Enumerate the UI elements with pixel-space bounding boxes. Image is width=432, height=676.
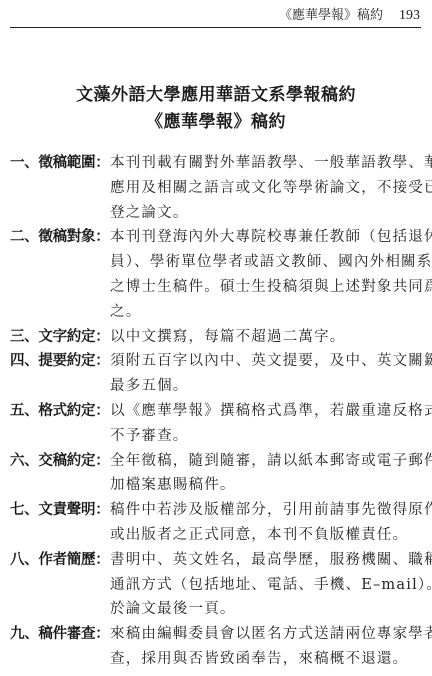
clause-line: 全年徵稿，隨到隨審，請以紙本郵寄或電子郵件附 <box>110 449 432 474</box>
clause-scope: 一、徵稿範圍： 本刊刊載有關對外華語教學、一般華語教學、華語 應用及相關之語言或… <box>10 151 422 225</box>
clause-line: 以中文撰寫，每篇不超過二萬字。 <box>110 325 422 350</box>
running-title: 《應華學報》稿約 <box>279 8 383 23</box>
clause-line: 加檔案惠賜稿件。 <box>110 473 432 498</box>
running-header: 《應華學報》稿約193 <box>10 6 420 26</box>
clause-label: 五、格式約定： <box>10 399 110 424</box>
clause-line: 不予審查。 <box>110 424 432 449</box>
header-divider <box>10 27 421 28</box>
document-title: 文藻外語大學應用華語文系學報稿約 《應華學報》稿約 <box>0 82 432 136</box>
clause-line: 查，採用與否皆致函奉告，來稿概不退還。 <box>110 647 432 672</box>
clause-label: 四、提要約定： <box>10 349 110 374</box>
clause-line: 登之論文。 <box>110 201 432 226</box>
clause-submission: 六、交稿約定： 全年徵稿，隨到隨審，請以紙本郵寄或電子郵件附 加檔案惠賜稿件。 <box>10 449 422 499</box>
clause-line: 須附五百字以內中、英文提要，及中、英文關鍵詞 <box>110 349 432 374</box>
clause-copyright: 七、文責聲明： 稿件中若涉及版權部分，引用前請事先徵得原作者 或出版者之正式同意… <box>10 498 422 548</box>
clause-line: 通訊方式（包括地址、電話、手機、E–mail）。置 <box>110 573 432 598</box>
clause-body: 以中文撰寫，每篇不超過二萬字。 <box>110 325 422 350</box>
clause-body: 稿件中若涉及版權部分，引用前請事先徵得原作者 或出版者之正式同意，本刊不負版權責… <box>110 498 432 548</box>
clause-line: 應用及相關之語言或文化等學術論文，不接受已刊 <box>110 176 432 201</box>
clause-body: 須附五百字以內中、英文提要，及中、英文關鍵詞 最多五個。 <box>110 349 432 399</box>
title-line-1: 文藻外語大學應用華語文系學報稿約 <box>0 82 432 109</box>
clause-label: 八、作者簡歷： <box>10 548 110 573</box>
clause-label: 二、徵稿對象： <box>10 225 110 250</box>
clause-format: 五、格式約定： 以《應華學報》撰稿格式爲準，若嚴重違反格式則 不予審查。 <box>10 399 422 449</box>
clause-body: 全年徵稿，隨到隨審，請以紙本郵寄或電子郵件附 加檔案惠賜稿件。 <box>110 449 432 499</box>
clause-line: 或出版者之正式同意，本刊不負版權責任。 <box>110 523 432 548</box>
clause-line: 來稿由編輯委員會以匿名方式送請兩位專家學者審 <box>110 622 432 647</box>
clause-list: 一、徵稿範圍： 本刊刊載有關對外華語教學、一般華語教學、華語 應用及相關之語言或… <box>10 151 422 672</box>
clause-line: 以《應華學報》撰稿格式爲準，若嚴重違反格式則 <box>110 399 432 424</box>
clause-line: 最多五個。 <box>110 374 432 399</box>
clause-line: 之。 <box>110 300 432 325</box>
clause-line: 稿件中若涉及版權部分，引用前請事先徵得原作者 <box>110 498 432 523</box>
clause-line: 本刊刊登海內外大專院校專兼任教師（包括退休人 <box>110 225 432 250</box>
clause-review: 九、稿件審查： 來稿由編輯委員會以匿名方式送請兩位專家學者審 查，採用與否皆致函… <box>10 622 422 672</box>
clause-line: 書明中、英文姓名，最高學歷，服務機關、職稱， <box>110 548 432 573</box>
clause-label: 七、文責聲明： <box>10 498 110 523</box>
clause-body: 以《應華學報》撰稿格式爲準，若嚴重違反格式則 不予審查。 <box>110 399 432 449</box>
page-number: 193 <box>399 8 420 23</box>
clause-line: 於論文最後一頁。 <box>110 597 432 622</box>
clause-body: 本刊刊載有關對外華語教學、一般華語教學、華語 應用及相關之語言或文化等學術論文，… <box>110 151 432 225</box>
clause-body: 來稿由編輯委員會以匿名方式送請兩位專家學者審 查，採用與否皆致函奉告，來稿概不退… <box>110 622 432 672</box>
clause-abstract: 四、提要約定： 須附五百字以內中、英文提要，及中、英文關鍵詞 最多五個。 <box>10 349 422 399</box>
title-line-2: 《應華學報》稿約 <box>0 109 432 136</box>
clause-eligibility: 二、徵稿對象： 本刊刊登海內外大專院校專兼任教師（包括退休人 員）、學術單位學者… <box>10 225 422 324</box>
clause-line: 之博士生稿件。碩士生投稿須與上述對象共同爲 <box>110 275 432 300</box>
clause-label: 九、稿件審查： <box>10 622 110 647</box>
clause-language: 三、文字約定： 以中文撰寫，每篇不超過二萬字。 <box>10 325 422 350</box>
clause-line: 本刊刊載有關對外華語教學、一般華語教學、華語 <box>110 151 432 176</box>
clause-line: 員）、學術單位學者或語文教師、國內外相關系所 <box>110 250 432 275</box>
clause-label: 六、交稿約定： <box>10 449 110 474</box>
clause-label: 一、徵稿範圍： <box>10 151 110 176</box>
clause-body: 書明中、英文姓名，最高學歷，服務機關、職稱， 通訊方式（包括地址、電話、手機、E… <box>110 548 432 622</box>
clause-author-bio: 八、作者簡歷： 書明中、英文姓名，最高學歷，服務機關、職稱， 通訊方式（包括地址… <box>10 548 422 622</box>
clause-label: 三、文字約定： <box>10 325 110 350</box>
clause-body: 本刊刊登海內外大專院校專兼任教師（包括退休人 員）、學術單位學者或語文教師、國內… <box>110 225 432 324</box>
